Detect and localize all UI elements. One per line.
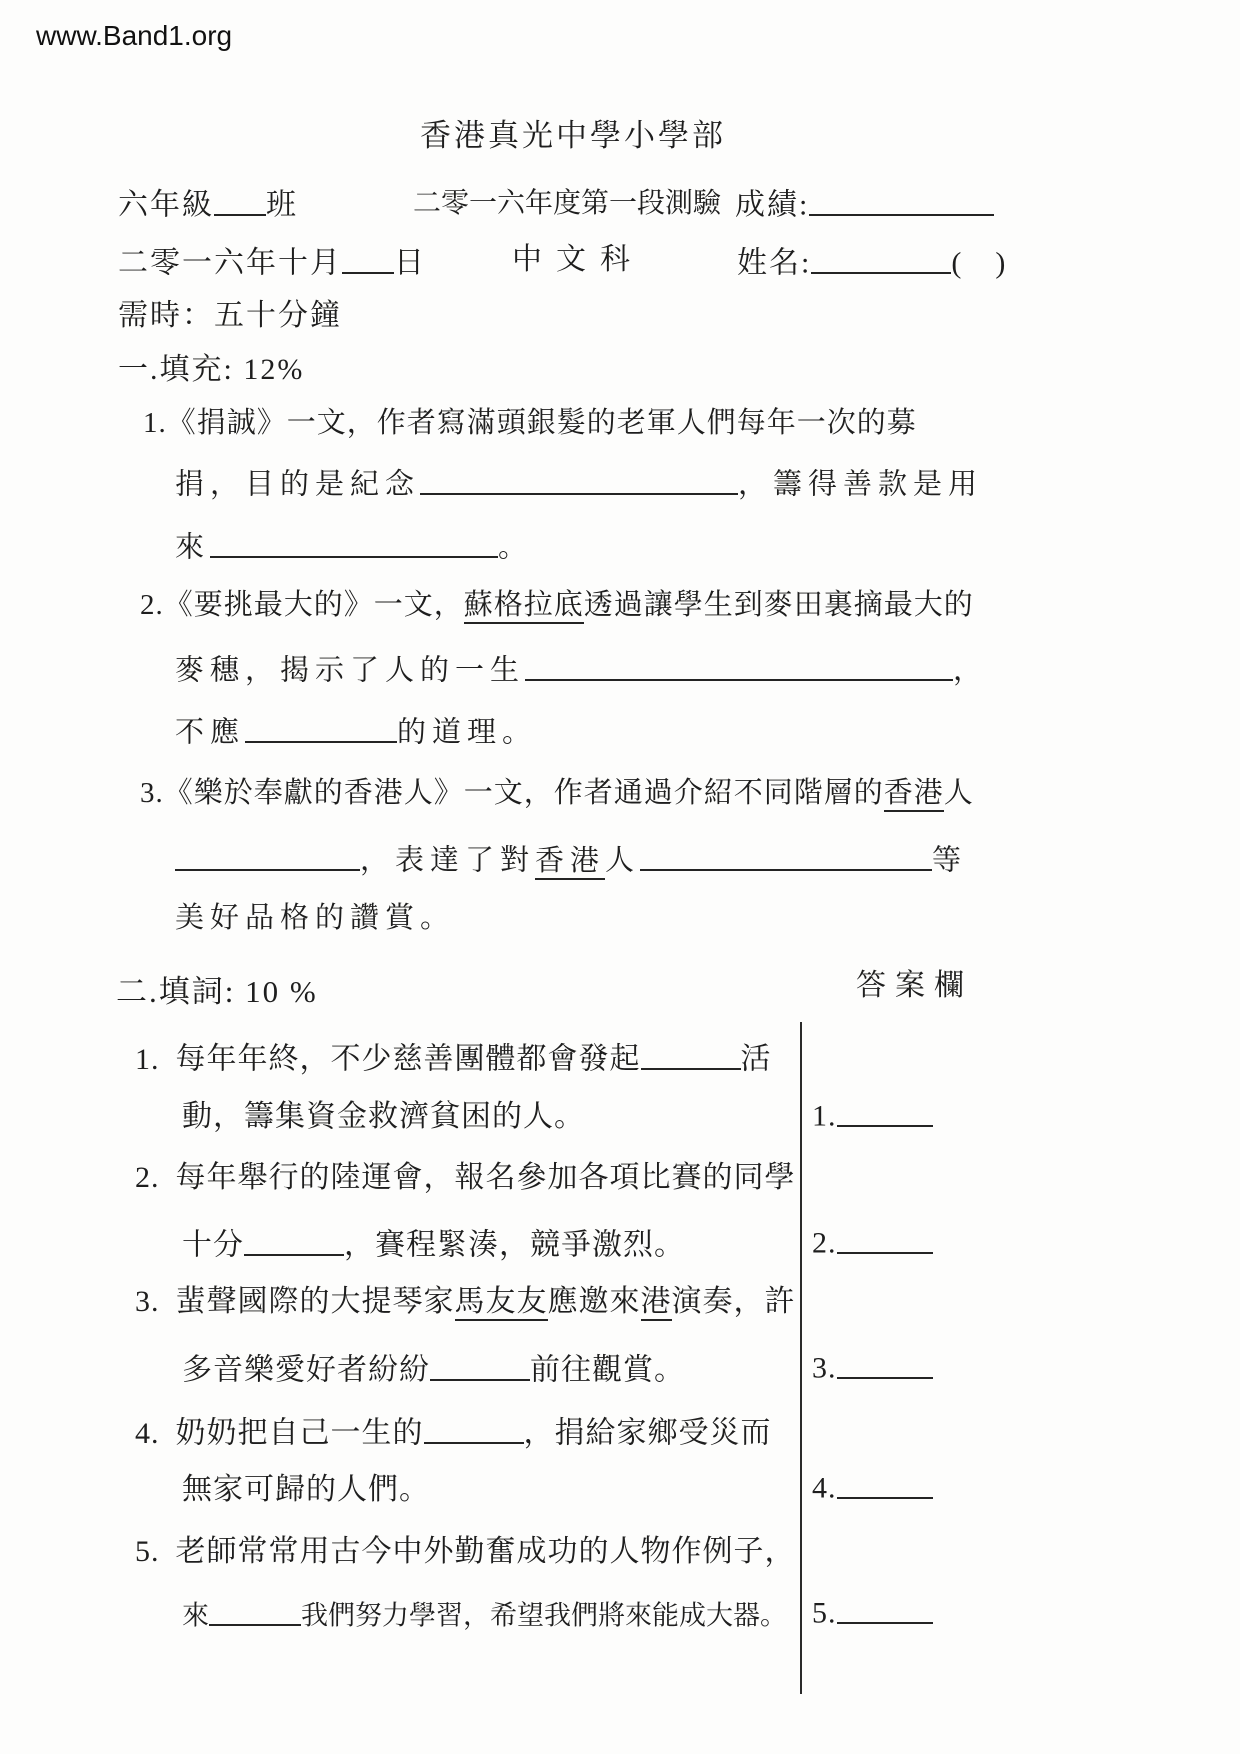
answer-slot-5: 5.: [812, 1590, 933, 1632]
fill-in-blank: [245, 711, 397, 743]
duration-text: 需時：五十分鐘: [118, 296, 342, 338]
text-segment: 每年年終，不少慈善團體都會發起: [176, 1043, 641, 1076]
text-segment: 捐，目的是紀念: [175, 469, 420, 501]
question-number: 2.: [135, 1161, 160, 1194]
text-segment: 奶奶把自己一生的: [176, 1417, 424, 1450]
text-segment: 等: [932, 845, 967, 877]
fill-in-blank: [837, 1346, 933, 1379]
question-number: 4.: [812, 1472, 837, 1505]
fill-in-blank: [209, 1596, 301, 1626]
answer-slot-3: 3.: [812, 1345, 933, 1387]
text-segment: 動，籌集資金救濟貧困的人。: [182, 1100, 585, 1133]
question-number: 1.: [143, 407, 167, 439]
text-segment: 應邀來: [548, 1285, 641, 1318]
text-segment: 姓名:: [737, 247, 811, 280]
fill-in-blank: [430, 1348, 530, 1381]
fill-in-blank: [420, 463, 738, 495]
text-segment: 來: [175, 532, 210, 564]
answer-column-divider: [800, 1022, 802, 1694]
question-number: 1.: [135, 1043, 160, 1076]
section1-heading: 一.填充: 12%: [118, 350, 304, 392]
proper-noun-underlined: 港: [641, 1285, 672, 1321]
fill-in-blank: [525, 649, 953, 681]
answer-slot-2: 2.: [812, 1220, 933, 1262]
text-segment: 不應: [175, 717, 245, 749]
text-segment: 每年舉行的陸運會，報名參加各項比賽的同學: [176, 1161, 796, 1194]
text-segment: 日: [394, 247, 426, 280]
text-segment: 演奏，許: [672, 1285, 796, 1318]
text-segment: 二零一六年十月: [118, 247, 342, 280]
answer-column-title: 答案欄: [856, 966, 973, 1008]
proper-noun-underlined: 蘇格拉底: [464, 589, 584, 624]
text-segment: 活: [741, 1043, 772, 1076]
text-segment: ，賽程緊湊，競爭激烈。: [344, 1229, 685, 1262]
text-segment: 人: [605, 845, 640, 877]
subject-title: 中文科: [512, 240, 644, 282]
s2-q1-line1: 1.每年年終，不少慈善團體都會發起活: [135, 1036, 772, 1078]
text-segment: 前往觀賞。: [530, 1354, 685, 1387]
class-field: 六年級班: [118, 182, 298, 224]
school-title: 香港真光中學小學部: [420, 116, 726, 158]
fill-in-blank: [837, 1591, 933, 1624]
text-segment: 班: [266, 189, 298, 222]
text-segment: 麥穗，揭示了人的一生: [175, 655, 525, 687]
text-segment: 來: [182, 1601, 209, 1631]
text-segment: 《要挑最大的》一文，: [164, 589, 464, 621]
text-segment: ，表達了對: [360, 845, 535, 877]
text-segment: 蜚聲國際的大提琴家: [176, 1285, 455, 1318]
text-segment: 。: [498, 532, 533, 564]
fill-in-blank: [837, 1221, 933, 1254]
text-segment: ，: [953, 655, 988, 687]
text-segment: 十分: [182, 1229, 244, 1262]
answer-slot-4: 4.: [812, 1465, 933, 1507]
s1-q2-line2: 麥穗，揭示了人的一生，: [175, 648, 988, 690]
question-number: 3.: [140, 777, 164, 809]
fill-in-blank: [837, 1094, 933, 1127]
question-number: 1.: [812, 1100, 837, 1133]
watermark-url: www.Band1.org: [36, 20, 232, 52]
text-segment: 人: [944, 777, 974, 809]
text-segment: 透過讓學生到麥田裏摘最大的: [584, 589, 974, 621]
text-segment: 六年級: [118, 189, 214, 222]
fill-in-blank: [210, 526, 498, 558]
section2-heading: 二.填詞: 10 %: [116, 972, 318, 1014]
fill-in-blank: [244, 1223, 344, 1256]
s2-q3-line2: 多音樂愛好者紛紛前往觀賞。: [182, 1347, 685, 1389]
fill-in-blank: [175, 839, 360, 871]
s1-q1-line3: 來。: [175, 525, 533, 567]
fill-in-blank: [811, 241, 951, 274]
text-segment: ( ): [951, 247, 1007, 280]
fill-in-blank: [214, 183, 266, 216]
text-segment: 美好品格的讚賞。: [175, 902, 455, 934]
fill-in-blank: [342, 241, 394, 274]
date-field: 二零一六年十月日: [118, 240, 426, 282]
s2-q2-line1: 2.每年舉行的陸運會，報名參加各項比賽的同學: [135, 1158, 796, 1200]
text-segment: ，捐給家鄉受災而: [524, 1417, 772, 1450]
question-number: 3.: [812, 1352, 837, 1385]
text-segment: 老師常常用古今中外勤奮成功的人物作例子，: [176, 1535, 796, 1568]
question-number: 4.: [135, 1417, 160, 1450]
s2-q4-line1: 4.奶奶把自己一生的，捐給家鄉受災而: [135, 1410, 772, 1452]
fill-in-blank: [837, 1466, 933, 1499]
question-number: 5.: [812, 1597, 837, 1630]
scanned-exam-page: www.Band1.org 香港真光中學小學部 六年級班 二零一六年度第一段測驗…: [0, 0, 1240, 1754]
text-segment: 的道理。: [397, 717, 537, 749]
question-number: 2.: [812, 1227, 837, 1260]
text-segment: 無家可歸的人們。: [182, 1473, 430, 1506]
s2-q4-line2: 無家可歸的人們。: [182, 1470, 430, 1512]
text-segment: 《樂於奉獻的香港人》一文，作者通過介紹不同階層的: [164, 777, 884, 809]
s2-q3-line1: 3.蜚聲國際的大提琴家馬友友應邀來港演奏，許: [135, 1282, 796, 1324]
text-segment: 多音樂愛好者紛紛: [182, 1354, 430, 1387]
s1-q1-line1: 1.《捐誠》一文，作者寫滿頭銀髮的老軍人們每年一次的募: [143, 403, 917, 445]
s1-q3-line1: 3.《樂於奉獻的香港人》一文，作者通過介紹不同階層的香港人: [140, 773, 974, 815]
s2-q5-line2: 來我們努力學習，希望我們將來能成大器。: [182, 1595, 787, 1637]
score-field: 成績:: [735, 182, 994, 224]
text-segment: 《捐誠》一文，作者寫滿頭銀髮的老軍人們每年一次的募: [167, 407, 917, 439]
question-number: 5.: [135, 1535, 160, 1568]
text-segment: ，籌得善款是用: [738, 469, 983, 501]
proper-noun-underlined: 香港: [535, 845, 605, 880]
question-number: 2.: [140, 589, 164, 621]
s1-q3-line3: 美好品格的讚賞。: [175, 898, 455, 940]
fill-in-blank: [424, 1411, 524, 1444]
s1-q2-line3: 不應的道理。: [175, 710, 537, 752]
answer-slot-1: 1.: [812, 1093, 933, 1135]
fill-in-blank: [809, 183, 994, 216]
s1-q1-line2: 捐，目的是紀念，籌得善款是用: [175, 462, 983, 504]
s1-q2-line1: 2.《要挑最大的》一文，蘇格拉底透過讓學生到麥田裏摘最大的: [140, 585, 974, 627]
s2-q2-line2: 十分，賽程緊湊，競爭激烈。: [182, 1222, 685, 1264]
s2-q5-line1: 5.老師常常用古今中外勤奮成功的人物作例子，: [135, 1532, 796, 1574]
proper-noun-underlined: 馬友友: [455, 1285, 548, 1321]
proper-noun-underlined: 香港: [884, 777, 944, 812]
text-segment: 我們努力學習，希望我們將來能成大器。: [301, 1601, 787, 1631]
s1-q3-line2: ，表達了對香港人等: [175, 838, 967, 880]
fill-in-blank: [640, 839, 932, 871]
exam-session-title: 二零一六年度第一段測驗: [413, 184, 721, 226]
fill-in-blank: [641, 1037, 741, 1070]
s2-q1-line2: 動，籌集資金救濟貧困的人。: [182, 1097, 585, 1139]
name-field: 姓名:( ): [737, 240, 1007, 282]
question-number: 3.: [135, 1285, 160, 1318]
text-segment: 成績:: [735, 189, 809, 222]
